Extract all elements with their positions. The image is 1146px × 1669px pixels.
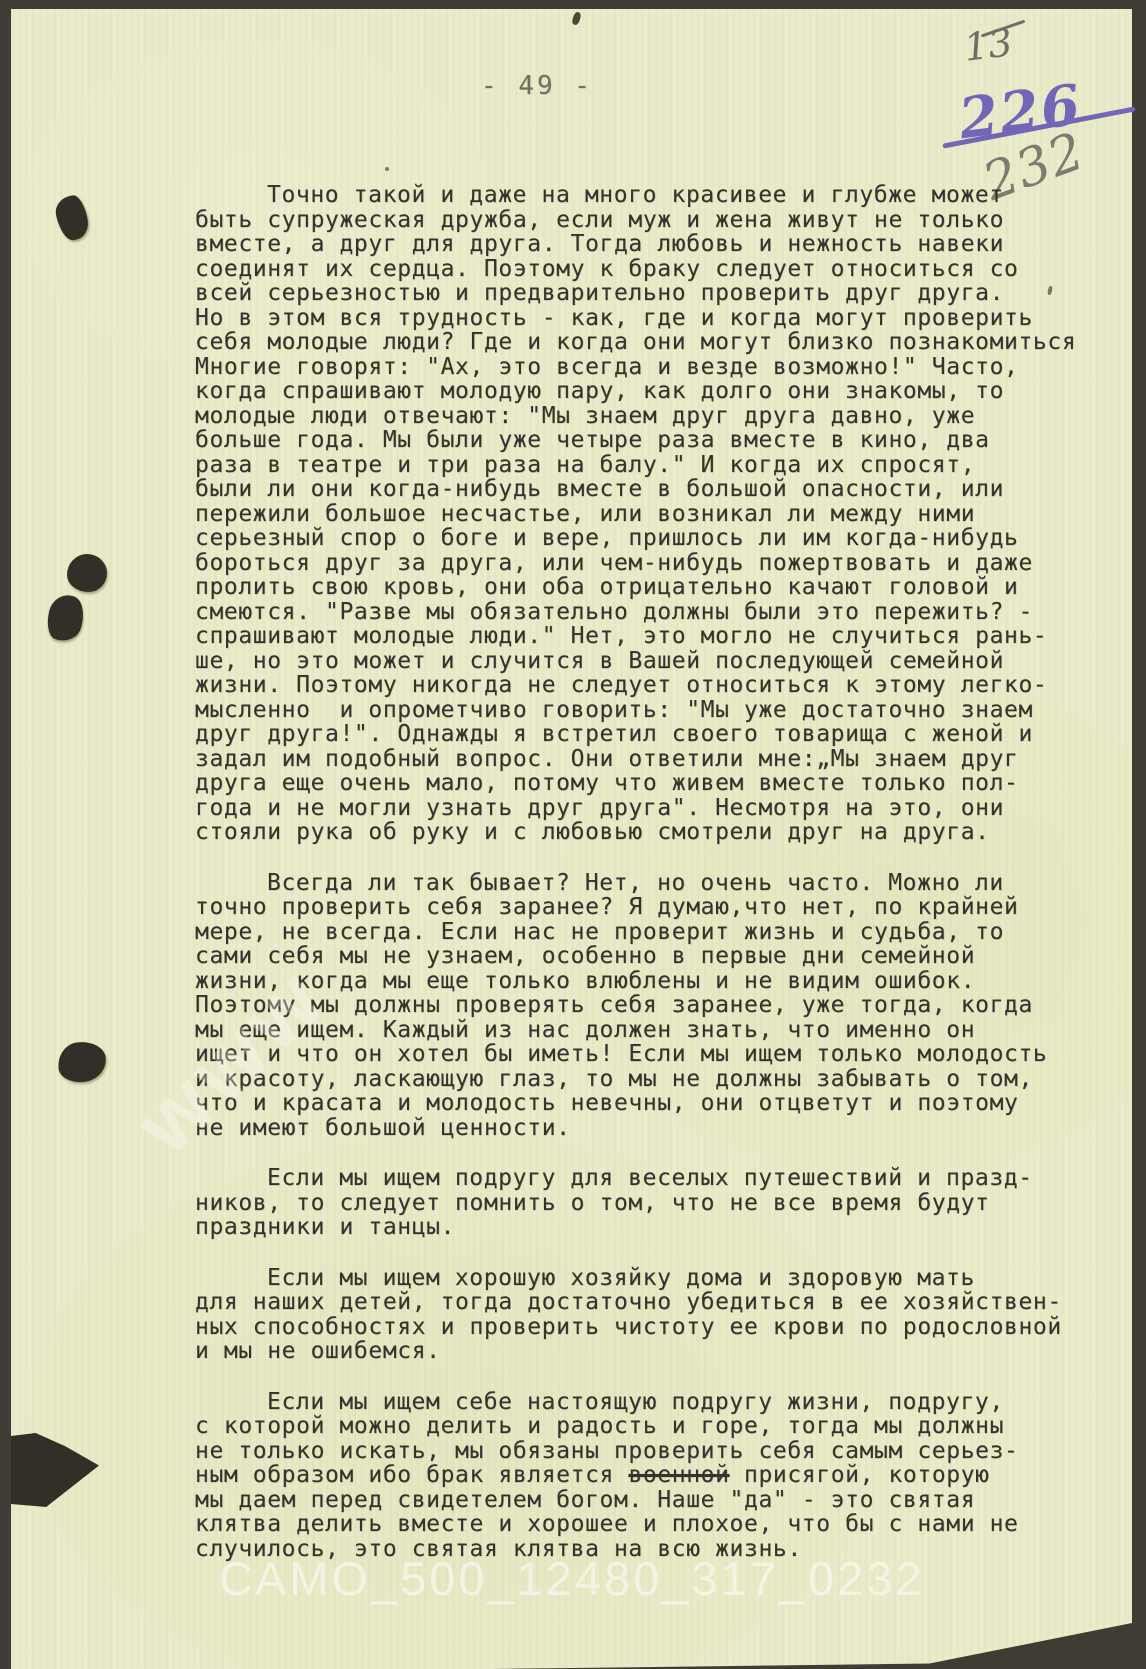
text-line: пережили большое несчастье, или возникал… [195,502,1110,527]
text-line: ше, но это может и случится в Вашей посл… [195,649,1110,674]
text-line: соединят их сердца. Поэтому к браку след… [195,257,1110,282]
text-line: ным образом ибо брак является военной пр… [195,1463,1110,1488]
text-line: и красоту, ласкающую глаз, то мы не долж… [195,1067,1110,1092]
text-line: для наших детей, тогда достаточно убедит… [195,1290,1110,1315]
punch-hole [67,554,107,592]
text-line: Точно такой и даже на много красивее и г… [195,183,1110,208]
text-line: праздники и танцы. [195,1215,1110,1240]
text-line: Всегда ли так бывает? Нет, но очень част… [195,871,1110,896]
text-line: бороться друг за друга, или чем-нибудь п… [195,551,1110,576]
text-line: были ли они когда-нибудь вместе в большо… [195,477,1110,502]
text-line: Многие говорят: "Ах, это всегда и везде … [195,355,1110,380]
edge-tear [11,1433,99,1507]
text-line: стояли рука об руку и с любовью смотрели… [195,820,1110,845]
text-line: клятва делить вместе и хорошее и плохое,… [195,1512,1110,1537]
paper-speck [385,167,389,171]
text-line: с которой можно делить и радость и горе,… [195,1414,1110,1439]
text-line: что и красата и молодость невечны, они о… [195,1091,1110,1116]
punch-hole [43,591,88,644]
paper-sheet: - 49 - 13 226 232 Точно такой и даже на … [11,9,1132,1669]
text-line: Но в этом вся трудность - как, где и ког… [195,306,1110,331]
text-line: молодые люди отвечают: "Мы знаем друг др… [195,404,1110,429]
text-line: жизни, когда мы еще только влюблены и не… [195,969,1110,994]
text-line: раза в театре и три раза на балу." И ког… [195,453,1110,478]
text-line: жизни. Поэтому никогда не следует относи… [195,673,1110,698]
text-line: мере, не всегда. Если нас не проверит жи… [195,920,1110,945]
text-line: ных способностях и проверить чистоту ее … [195,1315,1110,1340]
text-line: пролить свою кровь, они оба отрицательно… [195,575,1110,600]
text-line: всей серьезностью и предварительно прове… [195,281,1110,306]
text-line: и мы не ошибемся. [195,1339,1110,1364]
scanned-archive-page: { "colors": { "paper": "#e9eac8", "backg… [0,0,1146,1669]
text-line: не имеют большой ценности. [195,1116,1110,1141]
punch-hole [56,1040,108,1085]
text-line: Если мы ищем себе настоящую подругу жизн… [195,1390,1110,1415]
text-line: ников, то следует помнить о том, что не … [195,1191,1110,1216]
text-line: смеются. "Разве мы обязательно должны бы… [195,600,1110,625]
text-line: мы даем перед свидетелем богом. Наше "да… [195,1488,1110,1513]
text-line: ищет и что он хотел бы иметь! Если мы ищ… [195,1042,1110,1067]
text-line: вместе, а друг для друга. Тогда любовь и… [195,232,1110,257]
punch-hole [53,193,91,242]
text-line: больше года. Мы были уже четыре раза вме… [195,428,1110,453]
text-line: когда спрашивают молодую пару, как долго… [195,379,1110,404]
handwritten-pencil-top-number: 13 [961,20,1014,70]
text-line: года и не могли узнать друг друга". Несм… [195,796,1110,821]
text-line: точно проверить себя заранее? Я думаю,чт… [195,895,1110,920]
text-line: не только искать, мы обязаны проверить с… [195,1439,1110,1464]
text-line: Если мы ищем подругу для веселых путешес… [195,1166,1110,1191]
text-line: серьезный спор о боге и вере, пришлось л… [195,526,1110,551]
text-line: Если мы ищем хорошую хозяйку дома и здор… [195,1266,1110,1291]
paragraph: Точно такой и даже на много красивее и г… [195,183,1110,845]
struck-word: военной [628,1462,729,1488]
document-body: Точно такой и даже на много красивее и г… [195,183,1110,1587]
page-number: - 49 - [481,71,593,101]
text-line: задал им подобный вопрос. Они ответили м… [195,747,1110,772]
text-line: быть супружеская дружба, если муж и жена… [195,208,1110,233]
text-line: мысленно и опрометчиво говорить: "Мы уже… [195,698,1110,723]
paragraph: Если мы ищем хорошую хозяйку дома и здор… [195,1266,1110,1364]
text-line: друг друга!". Однажды я встретил своего … [195,722,1110,747]
paper-speck [571,11,582,26]
text-line: друга еще очень мало, потому что живем в… [195,771,1110,796]
text-line: спрашивают молодые люди." Нет, это могло… [195,624,1110,649]
archive-watermark: САМО_500_12480_317_0232 [219,1551,925,1606]
text-line: себя молодые люди? Где и когда они могут… [195,330,1110,355]
paragraph: Если мы ищем подругу для веселых путешес… [195,1166,1110,1240]
text-line: сами себя мы не узнаем, особенно в первы… [195,944,1110,969]
paragraph: Если мы ищем себе настоящую подругу жизн… [195,1390,1110,1562]
